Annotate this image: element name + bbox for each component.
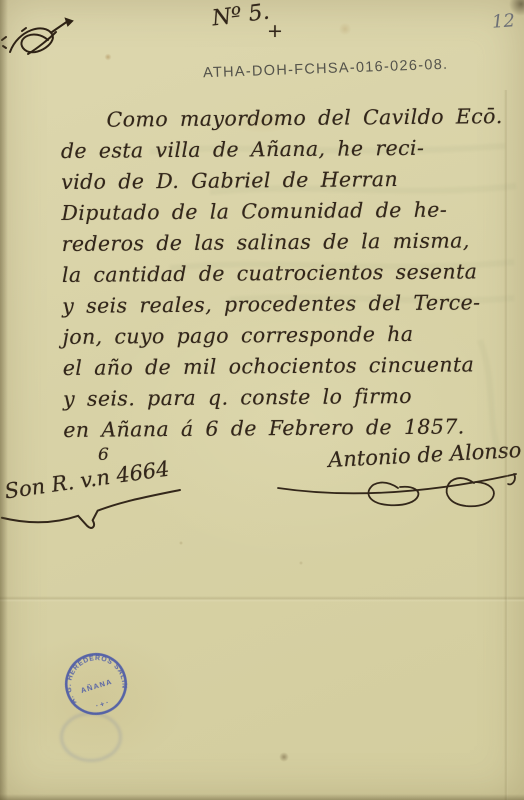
- body-line: Diputado de la Comunidad de he-: [61, 197, 513, 232]
- archive-reference-code: ATHA-DOH-FCHSA-016-026-08.: [203, 57, 449, 82]
- body-line: el año de mil ochocientos cincuenta: [63, 352, 515, 387]
- paper-left-edge: [0, 0, 8, 800]
- stamp-center-text: AÑANA: [80, 677, 114, 695]
- body-line: vido de D. Gabriel de Herran: [61, 166, 513, 201]
- horizontal-fold-crease: [0, 596, 524, 602]
- body-line: rederos de las salinas de la misma,: [62, 228, 514, 263]
- scanned-document-page: Nº 5. + 12 ATHA-DOH-FCHSA-016-026-08. Co…: [0, 0, 524, 800]
- body-line: jon, cuyo pago corresponde ha: [62, 321, 514, 356]
- stamp-arc-text: A. G. HEREDEROS SALINAS: [55, 643, 130, 708]
- signature-flourish-icon: [276, 462, 520, 520]
- body-line: de esta villa de Añana, he reci-: [61, 135, 513, 170]
- cross-mark: +: [267, 20, 283, 42]
- stamp-bottom-mark: · + ·: [95, 698, 110, 710]
- body-line: y seis. para q. conste lo firmo: [63, 383, 515, 418]
- document-number: Nº 5.: [211, 0, 271, 31]
- letter-body: Como mayordomo del Cavildo Ecō. de esta …: [61, 104, 516, 449]
- folio-number: 12: [491, 10, 515, 33]
- heirs-community-stamp: A. G. HEREDEROS SALINAS AÑANA · + ·: [55, 643, 137, 725]
- paper-bottom-edge: [0, 794, 524, 800]
- body-line: Como mayordomo del Cavildo Ecō.: [61, 104, 513, 139]
- rubric-flourish-icon: [0, 8, 78, 70]
- svg-text:A. G. HEREDEROS SALINAS: A. G. HEREDEROS SALINAS: [55, 643, 130, 708]
- note-superscript: 6: [98, 445, 109, 465]
- body-line: la cantidad de cuatrocientos sesenta: [62, 259, 514, 294]
- note-digits: 4664: [115, 457, 171, 488]
- body-line: y seis reales, procedentes del Terce-: [62, 290, 514, 325]
